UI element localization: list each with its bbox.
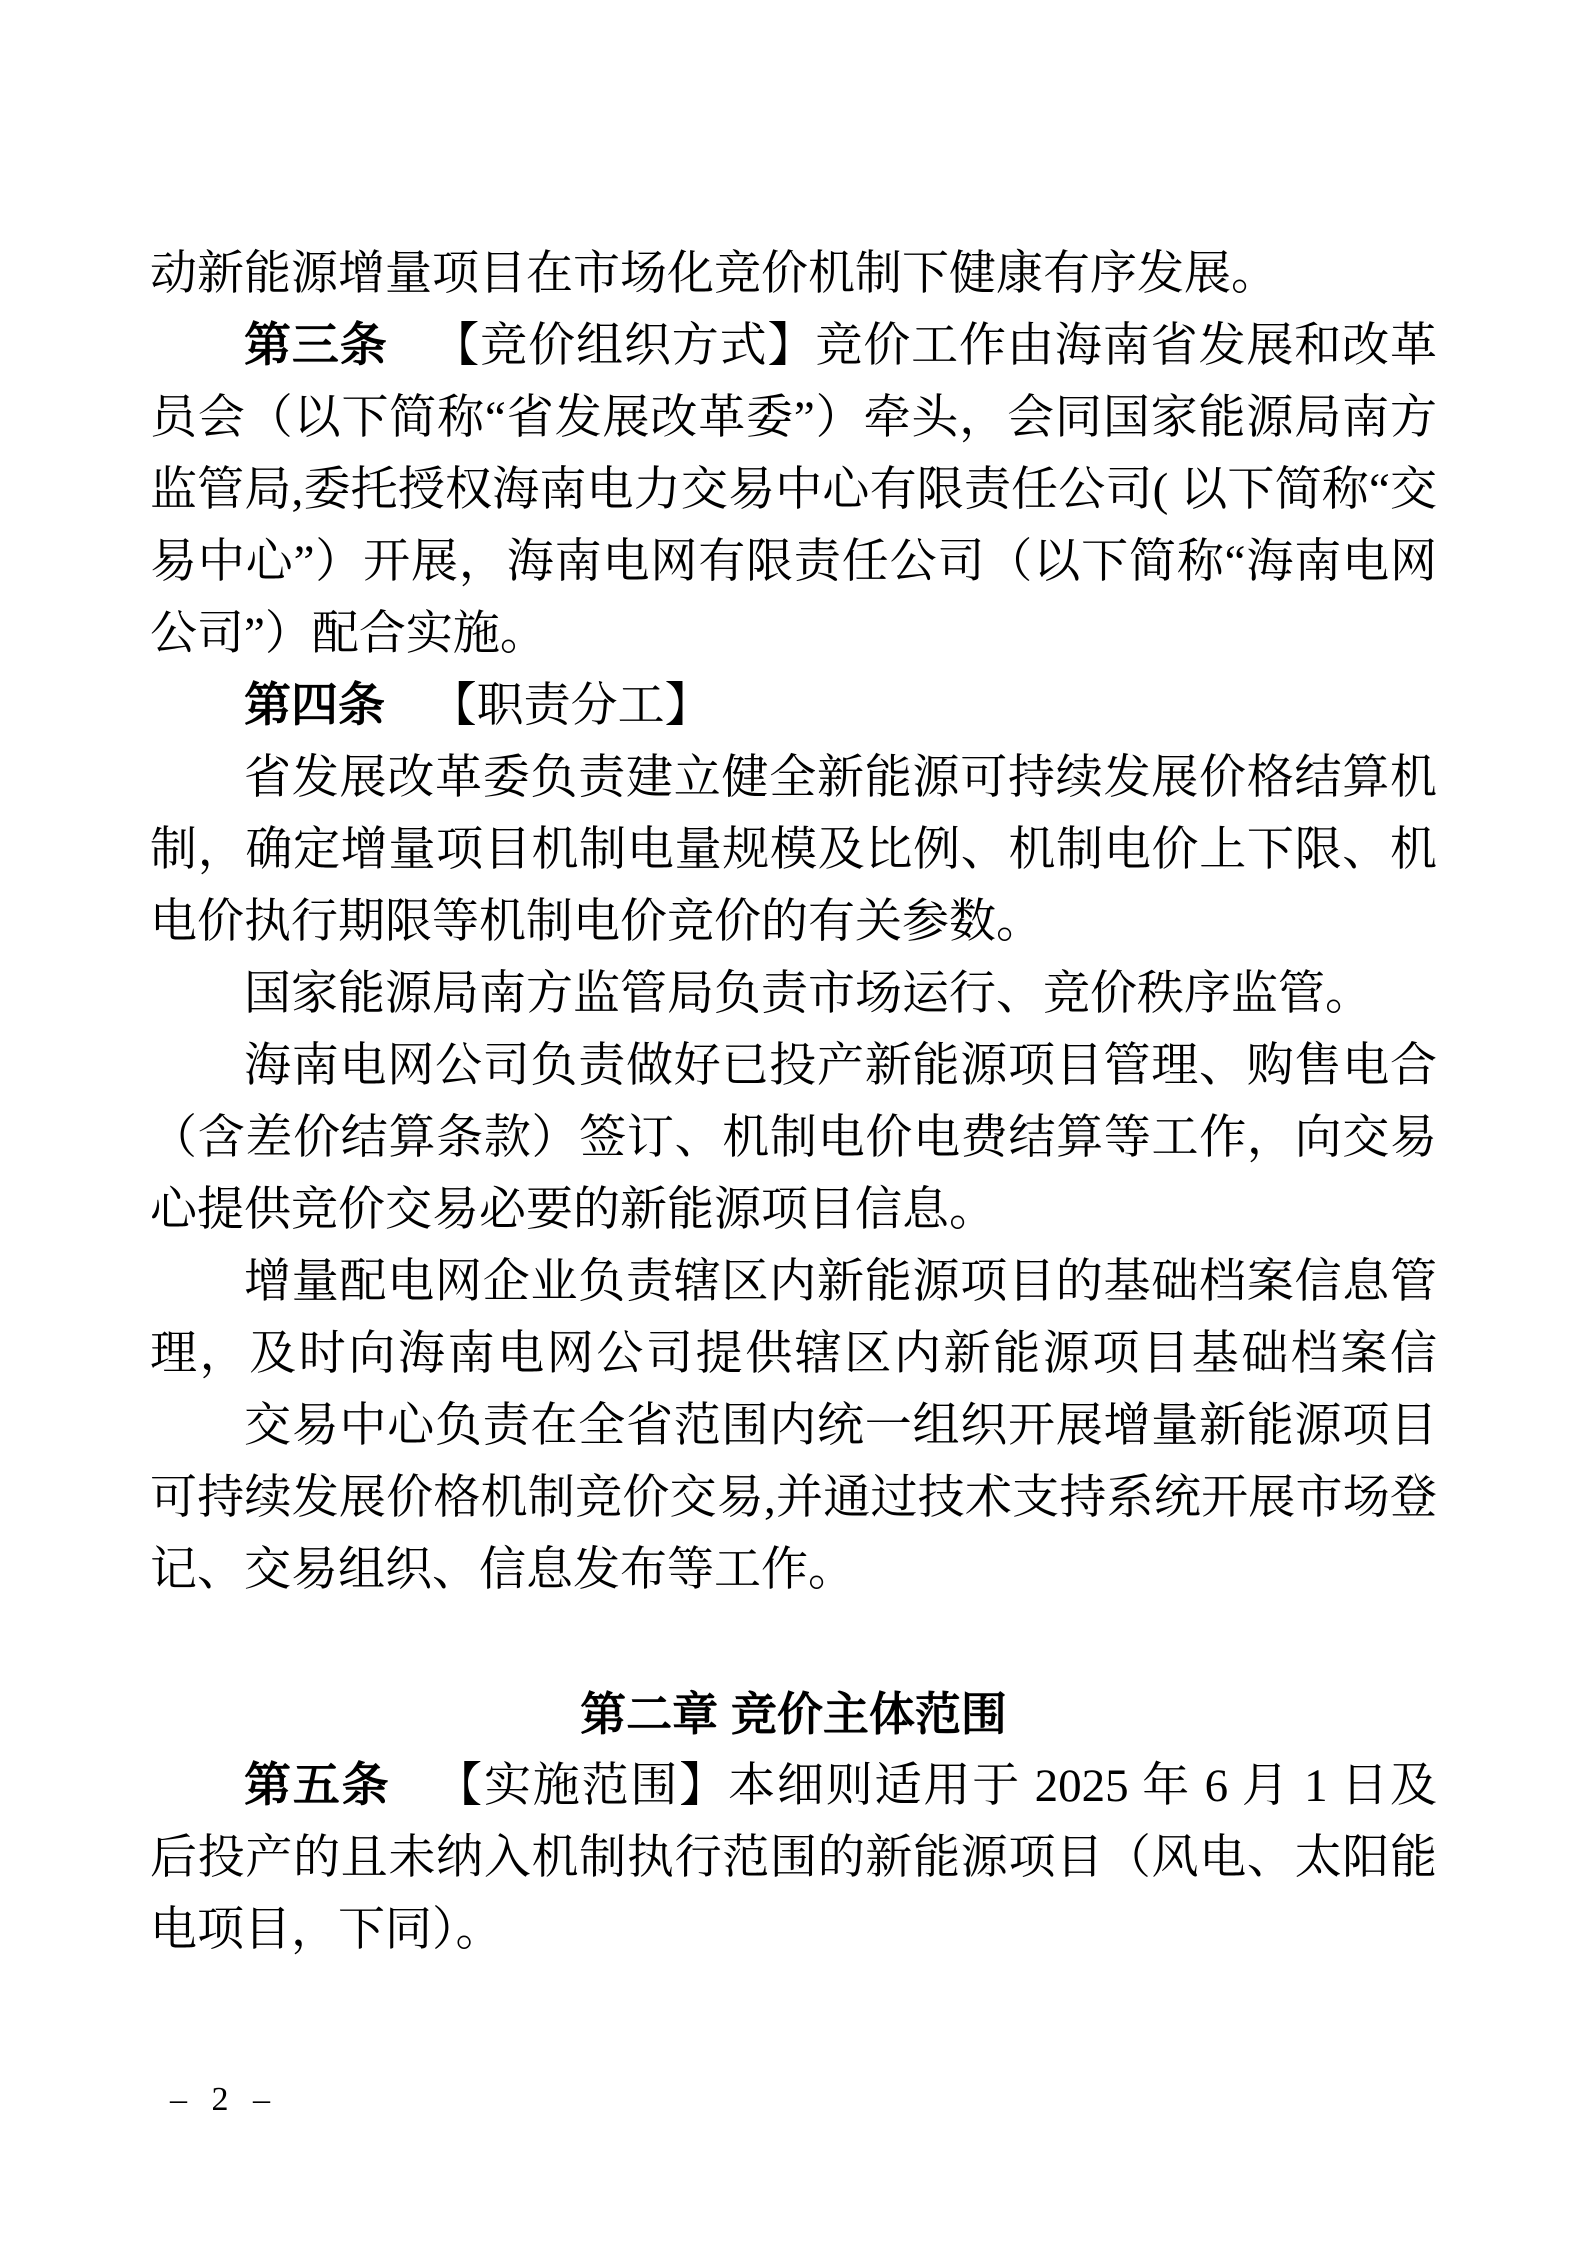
text-segment: 记、交易组织、信息发布等工作。 xyxy=(150,1544,855,1596)
text-line: 监管局,委托授权海南电力交易中心有限责任公司( 以下简称“交 xyxy=(150,454,1437,526)
text-line: （含差价结算条款）签订、机制电价电费结算等工作，向交易中 xyxy=(150,1102,1437,1174)
text-segment: 易中心”）开展，海南电网有限责任公司（以下简称“海南电网 xyxy=(150,536,1437,588)
article-number: 第四条 xyxy=(244,680,385,732)
text-line: 第五条【实施范围】本细则适用于 2025 年 6 月 1 日及以 xyxy=(150,1750,1437,1822)
text-segment: 交易中心负责在全省范围内统一组织开展增量新能源项目 xyxy=(244,1400,1437,1452)
text-segment: （含差价结算条款）签订、机制电价电费结算等工作，向交易中 xyxy=(150,1112,1437,1174)
article-number: 第五条 xyxy=(244,1760,390,1812)
article-number: 第三条 xyxy=(244,320,388,372)
text-line: 动新能源增量项目在市场化竞价机制下健康有序发展。 xyxy=(150,238,1437,310)
text-segment: 动新能源增量项目在市场化竞价机制下健康有序发展。 xyxy=(150,248,1278,300)
text-line: 后投产的且未纳入机制执行范围的新能源项目（风电、太阳能发 xyxy=(150,1822,1437,1894)
text-segment: 第二章 竞价主体范围 xyxy=(580,1688,1007,1740)
text-segment: 可持续发展价格机制竞价交易,并通过技术支持系统开展市场登 xyxy=(150,1472,1437,1524)
page-number: – 2 – xyxy=(170,2076,278,2124)
text-line: 电项目，下同）。 xyxy=(150,1894,1437,1966)
text-line: 心提供竞价交易必要的新能源项目信息。 xyxy=(150,1174,1437,1246)
text-line: 海南电网公司负责做好已投产新能源项目管理、购售电合同 xyxy=(150,1030,1437,1102)
text-line: 第四条【职责分工】 xyxy=(150,670,1437,742)
text-segment: 增量配电网企业负责辖区内新能源项目的基础档案信息管 xyxy=(244,1256,1437,1308)
text-line: 制，确定增量项目机制电量规模及比例、机制电价上下限、机制 xyxy=(150,814,1437,886)
text-line: 电价执行期限等机制电价竞价的有关参数。 xyxy=(150,886,1437,958)
text-segment: 监管局,委托授权海南电力交易中心有限责任公司( 以下简称“交 xyxy=(150,464,1437,516)
chapter-heading: 第二章 竞价主体范围 xyxy=(150,1678,1437,1750)
text-line: 省发展改革委负责建立健全新能源可持续发展价格结算机 xyxy=(150,742,1437,814)
text-segment: 心提供竞价交易必要的新能源项目信息。 xyxy=(150,1184,996,1236)
document-body: 动新能源增量项目在市场化竞价机制下健康有序发展。第三条【竞价组织方式】竞价工作由… xyxy=(150,238,1437,1966)
text-segment: 【职责分工】 xyxy=(430,680,712,732)
text-segment: 制，确定增量项目机制电量规模及比例、机制电价上下限、机制 xyxy=(150,824,1437,886)
text-line: 理，及时向海南电网公司提供辖区内新能源项目基础档案信息。 xyxy=(150,1318,1437,1390)
text-line: 记、交易组织、信息发布等工作。 xyxy=(150,1534,1437,1606)
text-segment: 国家能源局南方监管局负责市场运行、竞价秩序监管。 xyxy=(244,968,1372,1020)
text-segment: 电价执行期限等机制电价竞价的有关参数。 xyxy=(150,896,1043,948)
text-line: 员会（以下简称“省发展改革委”）牵头，会同国家能源局南方 xyxy=(150,382,1437,454)
text-segment: 后投产的且未纳入机制执行范围的新能源项目（风电、太阳能发 xyxy=(150,1832,1437,1894)
text-line: 交易中心负责在全省范围内统一组织开展增量新能源项目 xyxy=(150,1390,1437,1462)
text-segment: 公司”）配合实施。 xyxy=(150,608,547,660)
text-line: 增量配电网企业负责辖区内新能源项目的基础档案信息管 xyxy=(150,1246,1437,1318)
text-line: 易中心”）开展，海南电网有限责任公司（以下简称“海南电网 xyxy=(150,526,1437,598)
text-segment: 理，及时向海南电网公司提供辖区内新能源项目基础档案信息。 xyxy=(150,1328,1437,1390)
text-segment: 省发展改革委负责建立健全新能源可持续发展价格结算机 xyxy=(244,752,1437,804)
text-line: 国家能源局南方监管局负责市场运行、竞价秩序监管。 xyxy=(150,958,1437,1030)
line-spacer xyxy=(150,1606,1437,1678)
text-line: 公司”）配合实施。 xyxy=(150,598,1437,670)
text-line: 第三条【竞价组织方式】竞价工作由海南省发展和改革委 xyxy=(150,310,1437,382)
document-page: 动新能源增量项目在市场化竞价机制下健康有序发展。第三条【竞价组织方式】竞价工作由… xyxy=(0,0,1587,2245)
text-line: 可持续发展价格机制竞价交易,并通过技术支持系统开展市场登 xyxy=(150,1462,1437,1534)
text-segment: 员会（以下简称“省发展改革委”）牵头，会同国家能源局南方 xyxy=(150,392,1437,444)
text-segment: 电项目，下同）。 xyxy=(150,1904,503,1956)
text-segment: 海南电网公司负责做好已投产新能源项目管理、购售电合同 xyxy=(150,1040,1437,1102)
